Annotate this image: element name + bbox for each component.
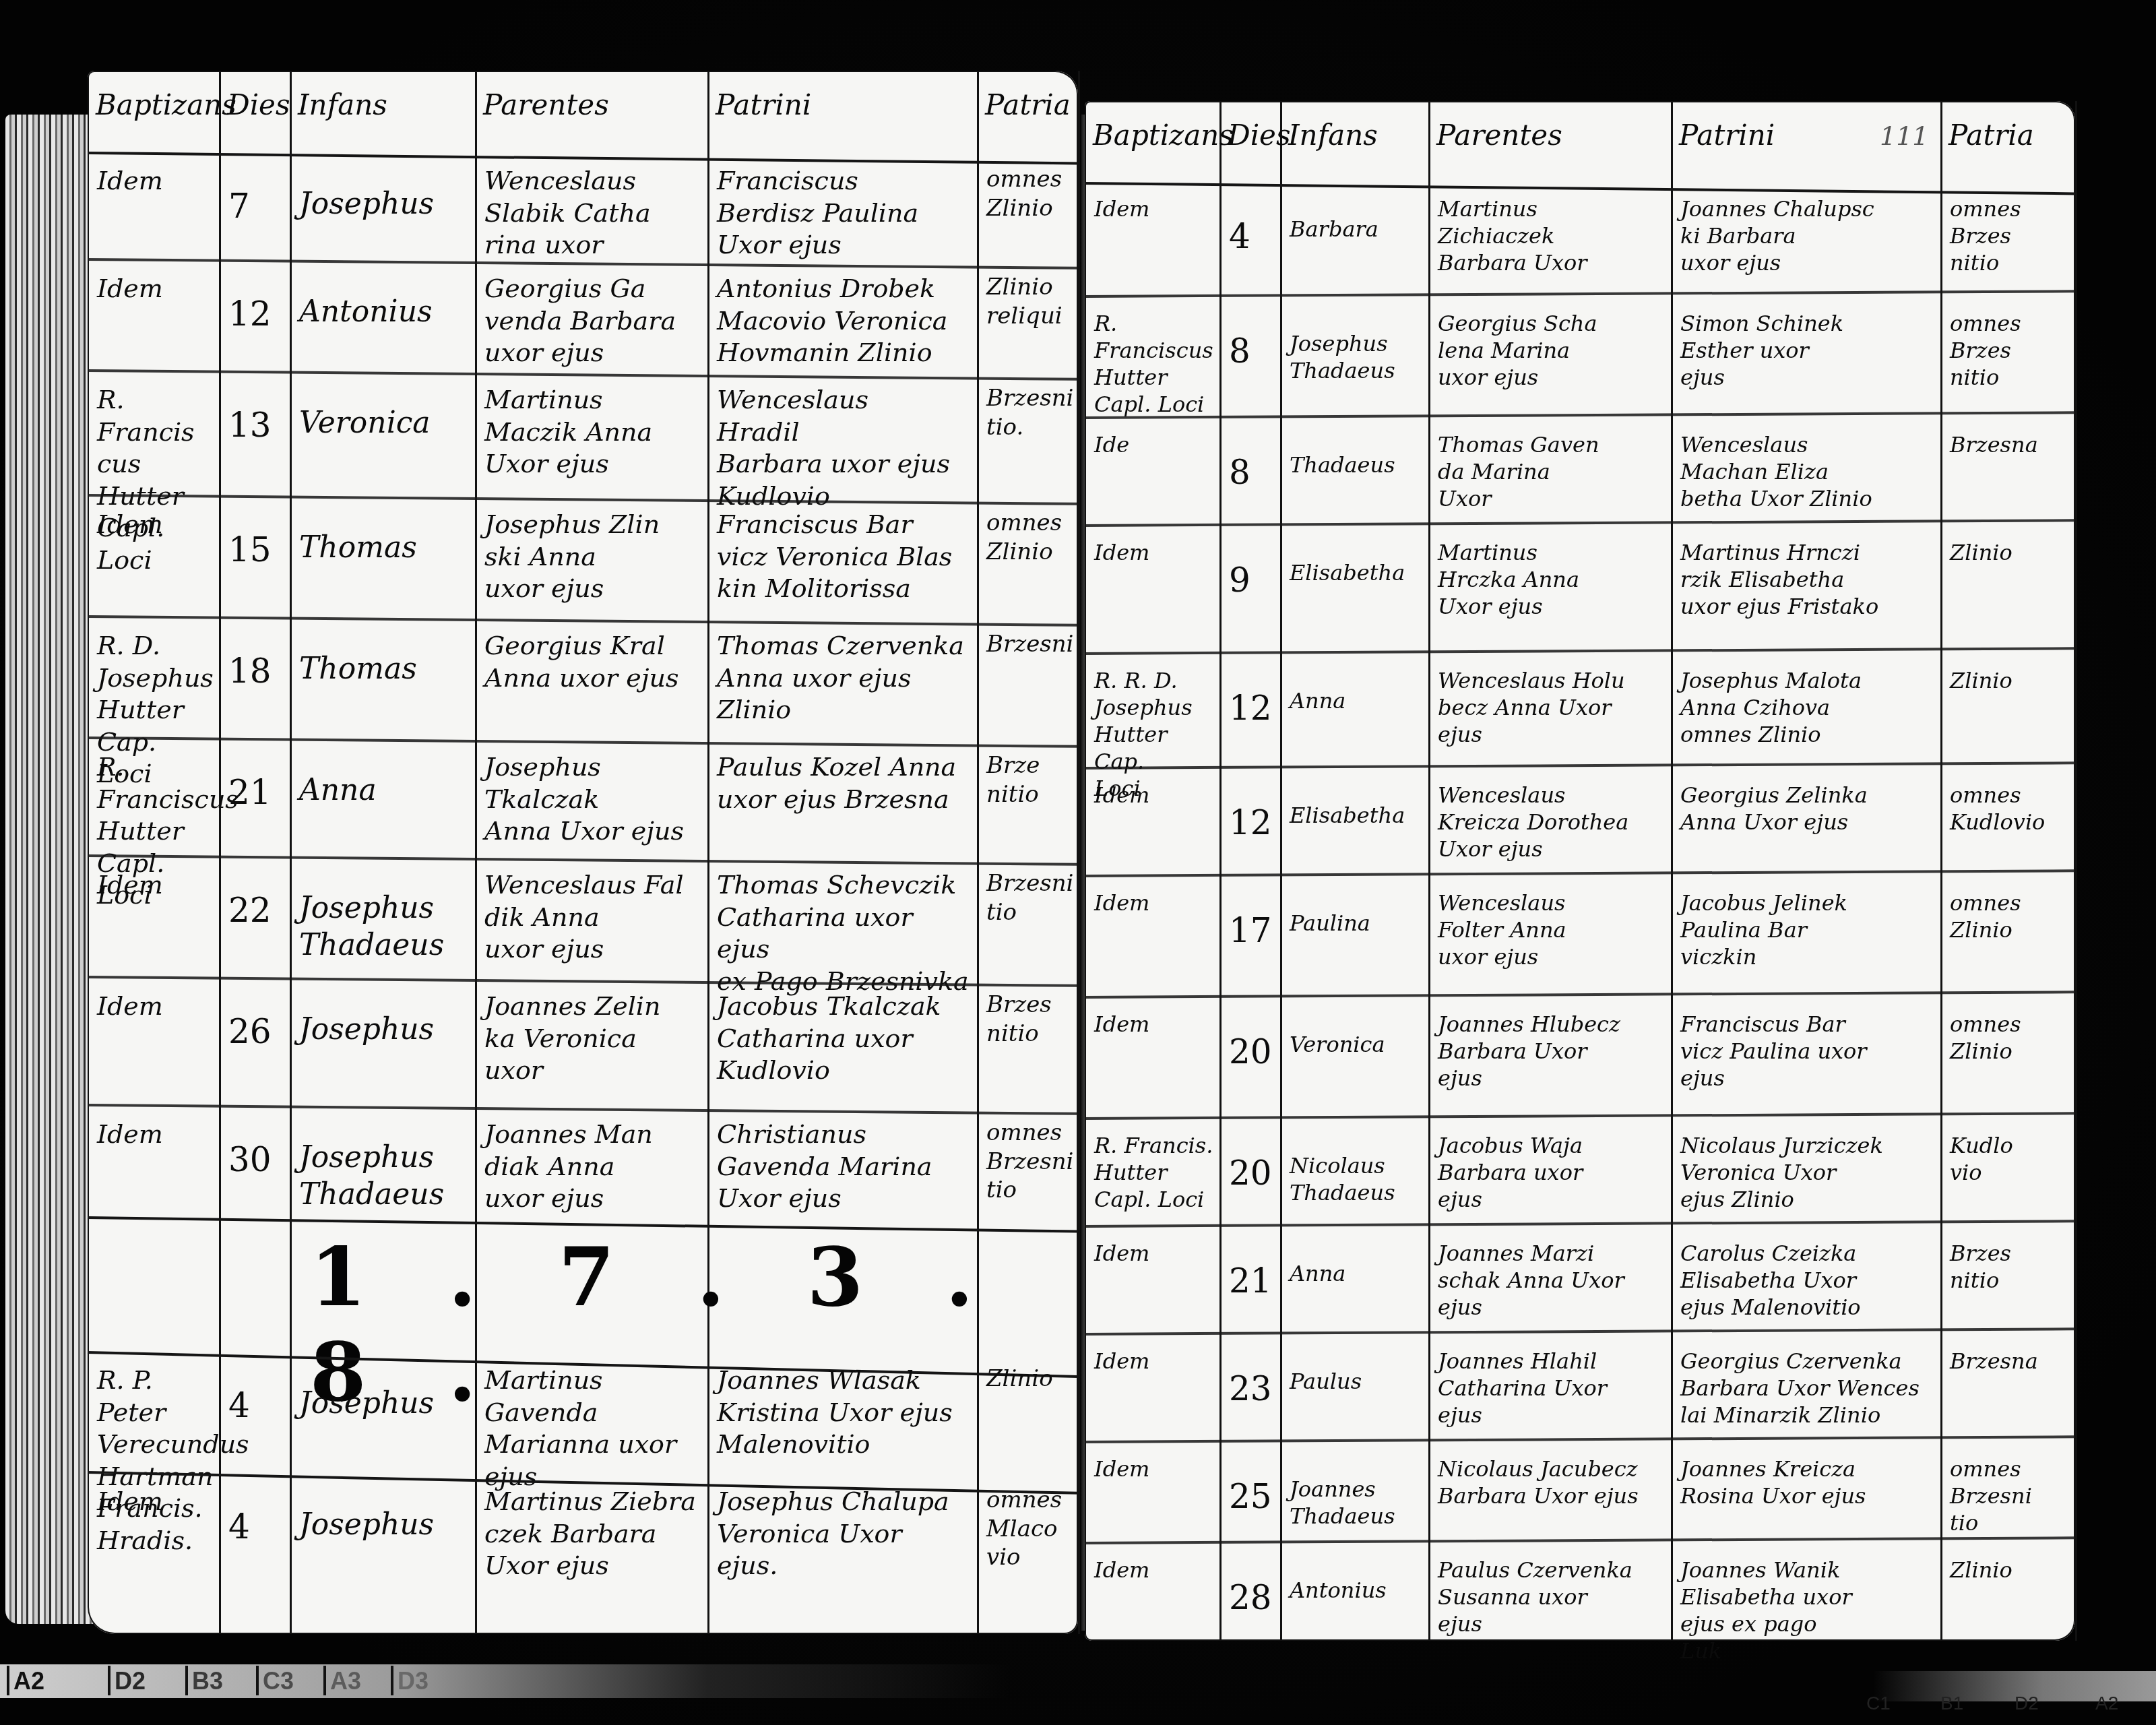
entry-infant: Josephus <box>299 1506 471 1543</box>
film-strip-label: C1 <box>1866 1693 1891 1714</box>
column-header-godparents: Patrini <box>716 88 811 121</box>
right-page: 111 BaptizansDiesInfansParentesPatriniPa… <box>1085 101 2075 1641</box>
row-rule <box>1085 519 2075 527</box>
entry-parents: Martinus Gavenda Marianna uxor ejus <box>484 1365 703 1493</box>
entry-baptizans: Idem <box>1094 539 1215 566</box>
entry-godparents: Nicolaus Jurziczek Veronica Uxor ejus Zl… <box>1680 1132 1936 1213</box>
entry-day: 13 <box>228 404 286 447</box>
book-edge-stack <box>5 115 93 1624</box>
entry-parents: Georgius Scha lena Marina uxor ejus <box>1438 310 1667 391</box>
entry-parents: Georgius Kral Anna uxor ejus <box>484 630 703 694</box>
row-rule <box>1085 869 2075 877</box>
entry-day: 21 <box>228 772 286 814</box>
entry-infant: Veronica <box>299 404 471 441</box>
entry-parents: Wenceslaus Holu becz Anna Uxor ejus <box>1438 667 1667 748</box>
entry-place: Zlinio <box>1950 539 2071 566</box>
entry-baptizans: Idem <box>1094 1557 1215 1583</box>
entry-godparents: Joannes Kreicza Rosina Uxor ejus <box>1680 1455 1936 1509</box>
entry-infant: Thadaeus <box>1290 451 1424 478</box>
entry-place: Brzesna <box>1950 1348 2071 1375</box>
row-rule <box>1085 761 2075 770</box>
entry-godparents: Martinus Hrnczi rzik Elisabetha uxor eju… <box>1680 539 1936 620</box>
entry-place: Zlinio reliqui <box>986 273 1074 330</box>
entry-day: 21 <box>1229 1260 1276 1303</box>
row-rule <box>1085 1220 2075 1228</box>
entry-parents: Joannes Man diak Anna uxor ejus <box>484 1119 703 1215</box>
row-rule <box>1085 647 2075 655</box>
header-rule <box>1085 182 2075 195</box>
entry-place: omnes Mlaco vio <box>986 1486 1074 1572</box>
entry-infant: Josephus Thadaeus <box>1290 330 1424 384</box>
entry-place: Zlinio <box>1950 667 2071 694</box>
entry-baptizans: Idem <box>1094 195 1215 222</box>
entry-day: 30 <box>228 1139 286 1181</box>
entry-parents: Martinus Zichiaczek Barbara Uxor <box>1438 195 1667 276</box>
column-header-day: Dies <box>1228 119 1291 152</box>
entry-place: omnes Brzes nitio <box>1950 195 2071 276</box>
page-number: 111 <box>1880 121 1929 151</box>
left-page: BaptizansDiesInfansParentesPatriniPatria… <box>88 71 1078 1634</box>
entry-place: omnes Zlinio <box>986 509 1074 566</box>
entry-godparents: Wenceslaus Machan Eliza betha Uxor Zlini… <box>1680 431 1936 512</box>
entry-godparents: Wenceslaus Hradil Barbara uxor ejus Kudl… <box>717 384 973 512</box>
entry-place: Zlinio <box>1950 1557 2071 1583</box>
entry-baptizans: Idem <box>1094 1011 1215 1038</box>
entry-place: omnes Brzesni tio <box>1950 1455 2071 1536</box>
entry-godparents: Joannes Wanik Elisabetha uxor ejus ex pa… <box>1680 1557 1936 1664</box>
entry-day: 20 <box>1229 1031 1276 1073</box>
film-strip-label: A2 <box>2095 1693 2118 1714</box>
entry-godparents: Thomas Czervenka Anna uxor ejus Zlinio <box>717 630 973 726</box>
column-rule <box>2075 101 2077 1641</box>
entry-godparents: Josephus Malota Anna Czihova omnes Zlini… <box>1680 667 1936 748</box>
column-header-place: Patria <box>1948 119 2034 152</box>
entry-place: omnes Brzes nitio <box>1950 310 2071 391</box>
entry-parents: Wenceslaus Kreicza Dorothea Uxor ejus <box>1438 782 1667 862</box>
column-rule <box>1428 101 1430 1641</box>
column-header-place: Patria <box>985 88 1071 121</box>
film-strip-label: B3 <box>192 1667 223 1695</box>
entry-infant: Anna <box>299 772 471 809</box>
entry-parents: Martinus Hrczka Anna Uxor ejus <box>1438 539 1667 620</box>
entry-day: 12 <box>228 293 286 336</box>
film-strip-tick <box>323 1666 326 1695</box>
entry-day: 22 <box>228 889 286 932</box>
film-strip-label: D2 <box>2015 1693 2039 1714</box>
entry-parents: Joannes Marzi schak Anna Uxor ejus <box>1438 1240 1667 1321</box>
entry-place: Brzesni tio <box>986 869 1074 927</box>
film-strip-label: A2 <box>13 1667 44 1695</box>
film-strip-tick <box>185 1666 188 1695</box>
entry-day: 8 <box>1229 330 1276 373</box>
row-rule <box>88 1104 1078 1115</box>
film-strip-tick <box>108 1666 110 1695</box>
entry-day: 15 <box>228 529 286 571</box>
entry-day: 18 <box>228 650 286 693</box>
entry-baptizans: Idem <box>1094 1455 1215 1482</box>
row-rule <box>1085 1435 2075 1443</box>
entry-infant: Thomas <box>299 529 471 566</box>
entry-infant: Barbara <box>1290 216 1424 243</box>
entry-godparents: Georgius Czervenka Barbara Uxor Wences l… <box>1680 1348 1936 1429</box>
entry-godparents: Joannes Chalupsc ki Barbara uxor ejus <box>1680 195 1936 276</box>
row-rule <box>1085 1112 2075 1120</box>
row-rule <box>88 854 1078 866</box>
entry-day: 4 <box>228 1385 286 1427</box>
entry-parents: Nicolaus Jacubecz Barbara Uxor ejus <box>1438 1455 1667 1509</box>
entry-baptizans: R. Franciscus Hutter Capl. Loci <box>1094 310 1215 418</box>
entry-godparents: Simon Schinek Esther uxor ejus <box>1680 310 1936 391</box>
entry-parents: Wenceslaus Slabik Catha rina uxor <box>484 165 703 261</box>
column-rule <box>1280 101 1282 1641</box>
entry-parents: Joannes Hlahil Catharina Uxor ejus <box>1438 1348 1667 1429</box>
entry-place: omnes Zlinio <box>1950 889 2071 943</box>
entry-infant: Nicolaus Thadaeus <box>1290 1152 1424 1206</box>
header-rule <box>88 152 1078 164</box>
row-rule <box>1085 991 2075 999</box>
entry-godparents: Thomas Schevczik Catharina uxor ejus ex … <box>717 869 973 997</box>
entry-parents: Thomas Gaven da Marina Uxor <box>1438 431 1667 512</box>
entry-baptizans: Idem <box>97 1119 215 1151</box>
entry-godparents: Paulus Kozel Anna uxor ejus Brzesna <box>717 751 973 815</box>
entry-place: Kudlo vio <box>1950 1132 2071 1186</box>
film-strip-tick <box>256 1666 259 1695</box>
entry-parents: Paulus Czervenka Susanna uxor ejus <box>1438 1557 1667 1637</box>
column-rule <box>219 71 221 1634</box>
entry-baptizans: Idem <box>97 1486 215 1518</box>
entry-infant: Antonius <box>1290 1577 1424 1604</box>
row-rule <box>88 615 1078 627</box>
entry-parents: Joannes Hlubecz Barbara Uxor ejus <box>1438 1011 1667 1092</box>
entry-infant: Josephus Thadaeus <box>299 889 471 964</box>
entry-infant: Elisabetha <box>1290 559 1424 586</box>
film-strip-tick <box>391 1666 393 1695</box>
entry-baptizans: Idem <box>1094 889 1215 916</box>
entry-parents: Josephus Tkalczak Anna Uxor ejus <box>484 751 703 848</box>
entry-parents: Martinus Maczik Anna Uxor ejus <box>484 384 703 480</box>
entry-day: 4 <box>1229 216 1276 258</box>
entry-place: Brzesni <box>986 630 1074 659</box>
entry-infant: Paulina <box>1290 910 1424 937</box>
entry-baptizans: Idem <box>97 165 215 197</box>
row-rule <box>88 736 1078 748</box>
entry-baptizans: Idem <box>97 991 215 1023</box>
entry-place: Zlinio <box>986 1365 1074 1393</box>
column-header-godparents: Patrini <box>1679 119 1775 152</box>
entry-godparents: Jacobus Tkalczak Catharina uxor Kudlovio <box>717 991 973 1087</box>
entry-baptizans: R. Francis. Hutter Capl. Loci <box>1094 1132 1215 1213</box>
entry-infant: Paulus <box>1290 1368 1424 1395</box>
entry-infant: Joannes Thadaeus <box>1290 1476 1424 1530</box>
entry-godparents: Georgius Zelinka Anna Uxor ejus <box>1680 782 1936 836</box>
entry-place: omnes Kudlovio <box>1950 782 2071 836</box>
entry-baptizans: R. P. Peter Verecundus Hartman Francis. … <box>97 1365 215 1557</box>
entry-infant: Elisabetha <box>1290 802 1424 829</box>
entry-infant: Josephus <box>299 1011 471 1048</box>
entry-place: omnes Brzesni tio <box>986 1119 1074 1205</box>
entry-parents: Jacobus Waja Barbara uxor ejus <box>1438 1132 1667 1213</box>
entry-baptizans: Ide <box>1094 431 1215 458</box>
film-strip-label: B1 <box>1940 1693 1963 1714</box>
entry-place: omnes Zlinio <box>986 165 1074 222</box>
entry-parents: Joannes Zelin ka Veronica uxor <box>484 991 703 1087</box>
entry-day: 28 <box>1229 1577 1276 1619</box>
entry-day: 17 <box>1229 910 1276 952</box>
entry-parents: Georgius Ga venda Barbara uxor ejus <box>484 273 703 369</box>
film-strip-label: A3 <box>330 1667 361 1695</box>
entry-day: 23 <box>1229 1368 1276 1410</box>
entry-godparents: Franciscus Bar vicz Veronica Blas kin Mo… <box>717 509 973 605</box>
entry-place: Brzesna <box>1950 431 2071 458</box>
column-rule <box>290 71 292 1634</box>
entry-day: 12 <box>1229 687 1276 730</box>
entry-parents: Martinus Ziebra czek Barbara Uxor ejus <box>484 1486 703 1582</box>
entry-infant: Josephus Thadaeus <box>299 1139 471 1213</box>
entry-parents: Wenceslaus Folter Anna uxor ejus <box>1438 889 1667 970</box>
column-header-baptizans: Baptizans <box>1093 119 1234 152</box>
entry-godparents: Carolus Czeizka Elisabetha Uxor ejus Mal… <box>1680 1240 1936 1321</box>
entry-parents: Wenceslaus Fal dik Anna uxor ejus <box>484 869 703 966</box>
entry-infant: Veronica <box>1290 1031 1424 1058</box>
entry-day: 20 <box>1229 1152 1276 1195</box>
film-strip-label: C3 <box>263 1667 294 1695</box>
entry-infant: Anna <box>1290 1260 1424 1287</box>
entry-day: 26 <box>228 1011 286 1053</box>
entry-place: omnes Zlinio <box>1950 1011 2071 1065</box>
entry-place: Brzes nitio <box>986 991 1074 1048</box>
column-header-baptizans: Baptizans <box>96 88 236 121</box>
entry-godparents: Joannes Wlasak Kristina Uxor ejus Maleno… <box>717 1365 973 1461</box>
column-header-infant: Infans <box>1288 119 1378 152</box>
column-rule <box>1219 101 1222 1641</box>
entry-day: 12 <box>1229 802 1276 844</box>
entry-infant: Antonius <box>299 293 471 330</box>
entry-godparents: Franciscus Berdisz Paulina Uxor ejus <box>717 165 973 261</box>
entry-baptizans: Idem <box>1094 1348 1215 1375</box>
entry-baptizans: Idem <box>97 273 215 305</box>
entry-infant: Thomas <box>299 650 471 687</box>
entry-godparents: Josephus Chalupa Veronica Uxor ejus. <box>717 1486 973 1582</box>
entry-place: Brzes nitio <box>1950 1240 2071 1294</box>
film-strip-label: D3 <box>398 1667 429 1695</box>
entry-godparents: Jacobus Jelinek Paulina Bar viczkin <box>1680 889 1936 970</box>
entry-day: 7 <box>228 185 286 228</box>
entry-godparents: Franciscus Bar vicz Paulina uxor ejus <box>1680 1011 1936 1092</box>
entry-baptizans: Idem <box>97 869 215 902</box>
row-rule <box>88 369 1078 381</box>
entry-day: 8 <box>1229 451 1276 494</box>
row-rule <box>1085 290 2075 298</box>
film-strip-left <box>0 1664 1011 1698</box>
film-strip-label: D2 <box>115 1667 146 1695</box>
entry-baptizans: R. Francis cus Hutter Capl. Loci <box>97 384 215 576</box>
column-header-parents: Parentes <box>1436 119 1562 152</box>
row-rule <box>1085 1327 2075 1336</box>
entry-parents: Josephus Zlin ski Anna uxor ejus <box>484 509 703 605</box>
row-rule <box>1085 1536 2075 1544</box>
entry-infant: Anna <box>1290 687 1424 714</box>
column-header-day: Dies <box>227 88 290 121</box>
entry-day: 25 <box>1229 1476 1276 1518</box>
entry-place: Brze nitio <box>986 751 1074 809</box>
column-rule <box>1078 71 1080 1634</box>
entry-godparents: Christianus Gavenda Marina Uxor ejus <box>717 1119 973 1215</box>
entry-baptizans: Idem <box>1094 782 1215 809</box>
column-header-parents: Parentes <box>483 88 609 121</box>
entry-day: 4 <box>228 1506 286 1548</box>
entry-day: 9 <box>1229 559 1276 602</box>
column-header-infant: Infans <box>298 88 387 121</box>
entry-infant: Josephus <box>299 185 471 222</box>
entry-infant: Josephus <box>299 1385 471 1422</box>
row-rule <box>1085 411 2075 419</box>
entry-baptizans: Idem <box>97 509 215 541</box>
entry-place: Brzesni tio. <box>986 384 1074 441</box>
film-strip-tick <box>7 1666 9 1695</box>
entry-baptizans: Idem <box>1094 1240 1215 1267</box>
entry-godparents: Antonius Drobek Macovio Veronica Hovmani… <box>717 273 973 369</box>
